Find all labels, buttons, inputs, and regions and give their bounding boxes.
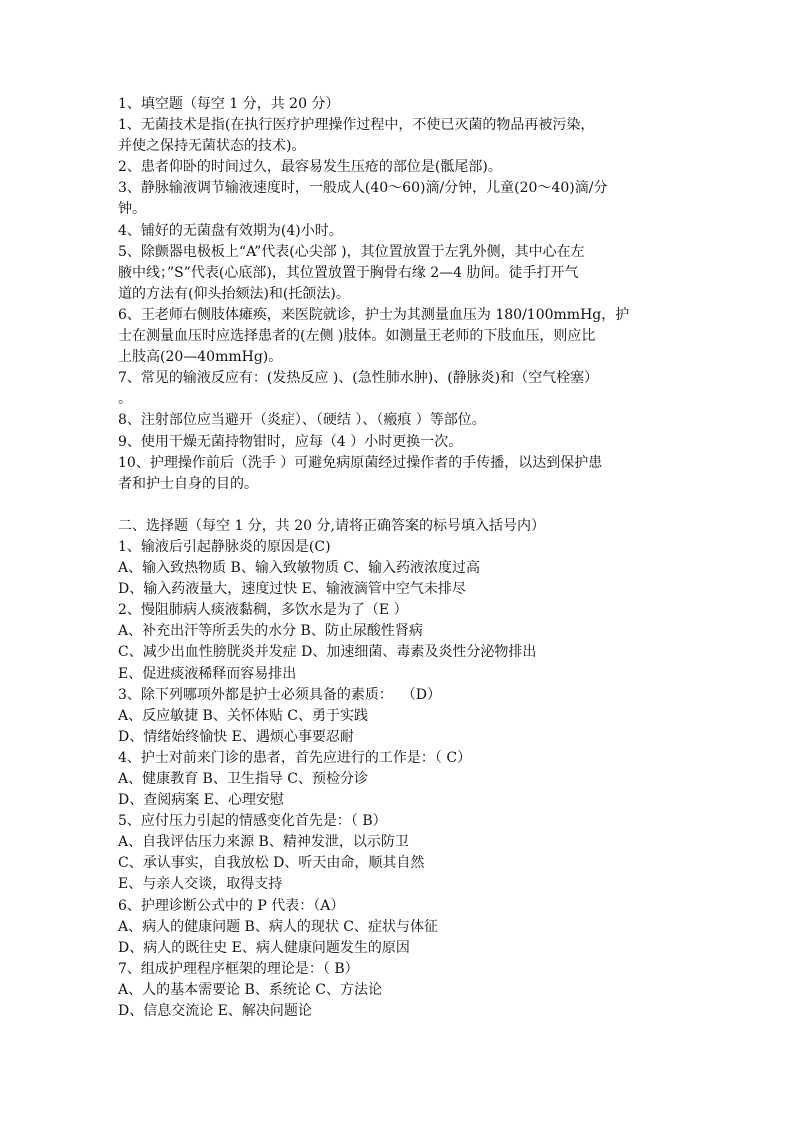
choice-question-3: 3、除下列哪项外都是护士必须具备的素质： （D） A、反应敏捷 B、关怀体贴 C… — [118, 685, 688, 748]
question-options: E、与亲人交谈，取得支持 — [118, 874, 688, 895]
fill-item-7: 7、常见的输液反应有：(发热反应 )、(急性肺水肿)、(静脉炎)和（空气栓塞） … — [118, 368, 688, 410]
question-options: A、补充出汗等所丢失的水分 B、防止尿酸性肾病 — [118, 621, 688, 642]
question-options: D、病人的既往史 E、病人健康问题发生的原因 — [118, 938, 688, 959]
question-stem: 1、输液后引起静脉炎的原因是(C) — [118, 537, 688, 558]
document-page: 1、填空题（每空 1 分，共 20 分） 1、无菌技术是指(在执行医疗护理操作过… — [118, 94, 688, 1022]
question-stem: 2、慢阻肺病人痰液黏稠，多饮水是为了（E ） — [118, 600, 688, 621]
question-options: E、促进痰液稀释而容易排出 — [118, 664, 688, 685]
question-options: D、查阅病案 E、心理安慰 — [118, 790, 688, 811]
question-options: A、病人的健康问题 B、病人的现状 C、症状与体征 — [118, 917, 688, 938]
choice-question-4: 4、护士对前来门诊的患者，首先应进行的工作是：（ C） A、健康教育 B、卫生指… — [118, 748, 688, 811]
question-options: A、输入致热物质 B、输入致敏物质 C、输入药液浓度过高 — [118, 558, 688, 579]
fill-item-10: 10、护理操作前后（洗手 ）可避免病原菌经过操作者的手传播，以达到保护患 者和护… — [118, 453, 688, 495]
question-stem: 5、应付压力引起的情感变化首先是：（ B） — [118, 811, 688, 832]
question-stem: 7、组成护理程序框架的理论是：（ B） — [118, 959, 688, 980]
fill-item-3: 3、静脉输液调节输液速度时，一般成人(40～60)滴/分钟，儿童(20～40)滴… — [118, 178, 688, 220]
question-options: D、信息交流论 E、解决问题论 — [118, 1001, 688, 1022]
fill-item-6: 6、王老师右侧肢体瘫痪，来医院就诊，护士为其测量血压为 180/100mmHg，… — [118, 305, 688, 368]
question-options: C、减少出血性膀胱炎并发症 D、加速细菌、毒素及炎性分泌物排出 — [118, 642, 688, 663]
question-stem: 4、护士对前来门诊的患者，首先应进行的工作是：（ C） — [118, 748, 688, 769]
question-options: A、健康教育 B、卫生指导 C、预检分诊 — [118, 769, 688, 790]
choice-question-7: 7、组成护理程序框架的理论是：（ B） A、人的基本需要论 B、系统论 C、方法… — [118, 959, 688, 1022]
fill-item-9: 9、使用干燥无菌持物钳时，应每（4 ）小时更换一次。 — [118, 432, 688, 453]
question-options: A、反应敏捷 B、关怀体贴 C、勇于实践 — [118, 706, 688, 727]
fill-item-2: 2、患者仰卧的时间过久，最容易发生压疮的部位是(骶尾部)。 — [118, 157, 688, 178]
question-options: D、输入药液量大，速度过快 E、输液滴管中空气未排尽 — [118, 579, 688, 600]
question-stem: 6、护理诊断公式中的 P 代表：（A） — [118, 896, 688, 917]
choice-question-2: 2、慢阻肺病人痰液黏稠，多饮水是为了（E ） A、补充出汗等所丢失的水分 B、防… — [118, 600, 688, 684]
choice-question-5: 5、应付压力引起的情感变化首先是：（ B） A、自我评估压力来源 B、精神发泄，… — [118, 811, 688, 895]
question-options: D、情绪始终愉快 E、遇烦心事要忍耐 — [118, 727, 688, 748]
question-options: A、自我评估压力来源 B、精神发泄，以示防卫 — [118, 832, 688, 853]
section2-title: 二、选择题（每空 1 分，共 20 分,请将正确答案的标号填入括号内） — [118, 516, 688, 537]
question-options: A、人的基本需要论 B、系统论 C、方法论 — [118, 980, 688, 1001]
fill-item-4: 4、铺好的无菌盘有效期为(4)小时。 — [118, 221, 688, 242]
fill-item-8: 8、注射部位应当避开（炎症）、（硬结 ）、（瘢痕 ）等部位。 — [118, 410, 688, 431]
fill-item-1: 1、无菌技术是指(在执行医疗护理操作过程中，不使已灭菌的物品再被污染， 并使之保… — [118, 115, 688, 157]
section1-title: 1、填空题（每空 1 分，共 20 分） — [118, 94, 688, 115]
question-stem: 3、除下列哪项外都是护士必须具备的素质： （D） — [118, 685, 688, 706]
section-spacer — [118, 495, 688, 516]
question-options: C、承认事实，自我放松 D、听天由命，顺其自然 — [118, 853, 688, 874]
choice-question-1: 1、输液后引起静脉炎的原因是(C) A、输入致热物质 B、输入致敏物质 C、输入… — [118, 537, 688, 600]
fill-item-5: 5、除颤器电极板上“A”代表(心尖部 )，其位置放置于左乳外侧，其中心在左 腋中… — [118, 242, 688, 305]
choice-question-6: 6、护理诊断公式中的 P 代表：（A） A、病人的健康问题 B、病人的现状 C、… — [118, 896, 688, 959]
